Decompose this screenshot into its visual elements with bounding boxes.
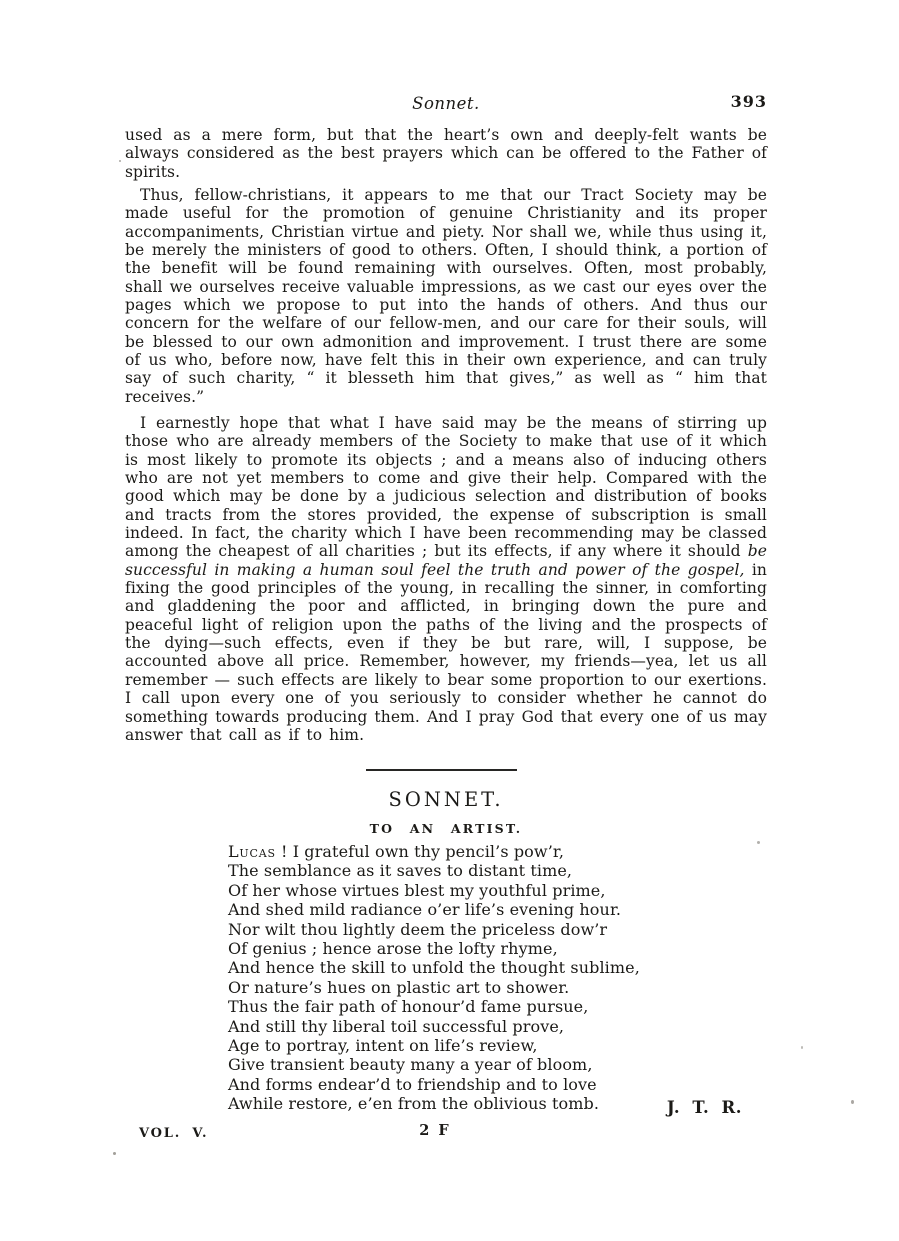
- poem-line: And still thy liberal toil successful pr…: [228, 1017, 640, 1036]
- poem-line: Nor wilt thou lightly deem the priceless…: [228, 920, 640, 939]
- poem-line: The semblance as it saves to distant tim…: [228, 861, 640, 880]
- poem-line: Give transient beauty many a year of blo…: [228, 1055, 640, 1074]
- section-divider-rule: [366, 769, 517, 771]
- poem-line: Of her whose virtues blest my youthful p…: [228, 881, 640, 900]
- paragraph-text: in fixing the good principles of the you…: [125, 561, 767, 744]
- poem-line: Lucas ! I grateful own thy pencil’s pow’…: [228, 842, 640, 861]
- paragraph-text: I earnestly hope that what I have said m…: [125, 414, 767, 560]
- sonnet-title: SONNET.: [125, 788, 767, 811]
- scan-speck: [757, 841, 760, 844]
- running-title: Sonnet.: [125, 94, 767, 113]
- poem-line: Age to portray, intent on life’s review,: [228, 1036, 640, 1055]
- poem-line: And shed mild radiance o’er life’s eveni…: [228, 900, 640, 919]
- poem-line: Of genius ; hence arose the lofty rhyme,: [228, 939, 640, 958]
- scan-speck: [113, 1152, 116, 1155]
- paragraph: I earnestly hope that what I have said m…: [125, 414, 767, 744]
- sonnet-dedication: TO AN ARTIST.: [125, 821, 767, 836]
- author-initials: J. T. R.: [125, 1098, 742, 1117]
- running-head: Sonnet. 393: [125, 94, 767, 113]
- paragraph-continuation: used as a mere form, but that the heart’…: [125, 126, 767, 181]
- printers-signature-mark: 2 F: [125, 1122, 745, 1139]
- page-number: 393: [731, 92, 767, 111]
- scan-speck: [851, 1100, 854, 1104]
- scanned-book-page: Sonnet. 393 used as a mere form, but tha…: [0, 0, 899, 1241]
- poem-line-text: ! I grateful own thy pencil’s pow’r,: [276, 842, 564, 861]
- poem-line: And hence the skill to unfold the though…: [228, 958, 640, 977]
- paragraph: Thus, fellow-christians, it appears to m…: [125, 186, 767, 406]
- scan-speck: [801, 1046, 803, 1049]
- poem: Lucas ! I grateful own thy pencil’s pow’…: [228, 842, 640, 1114]
- scan-speck: [119, 160, 121, 162]
- poem-line: Thus the fair path of honour’d fame purs…: [228, 997, 640, 1016]
- poem-line: Or nature’s hues on plastic art to showe…: [228, 978, 640, 997]
- poem-line: And forms endear’d to friendship and to …: [228, 1075, 640, 1094]
- poem-lead-word: Lucas: [228, 842, 276, 861]
